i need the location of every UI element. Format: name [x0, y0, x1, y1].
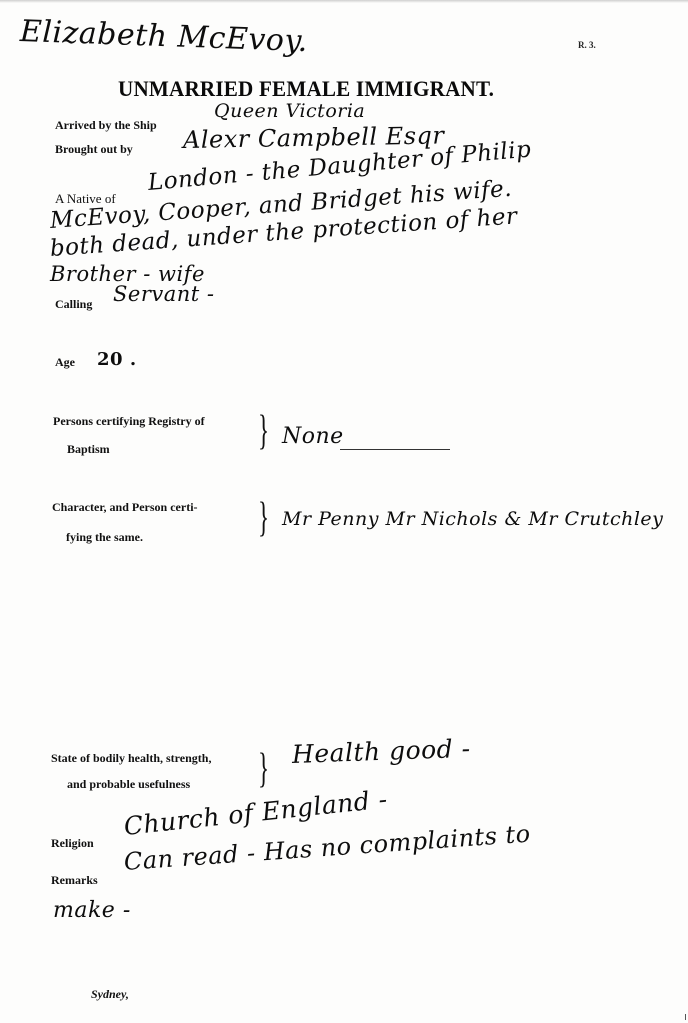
health-value: Health good -	[291, 734, 471, 769]
form-title: UNMARRIED FEMALE IMMIGRANT.	[118, 76, 494, 102]
remarks-line-2: make -	[53, 898, 131, 923]
brace-icon: }	[258, 497, 269, 539]
scan-edge	[0, 0, 688, 3]
form-number: R. 3.	[578, 40, 596, 50]
baptism-dash	[340, 449, 450, 450]
brace-icon: }	[258, 748, 269, 790]
ship-label: Arrived by the Ship	[55, 118, 157, 133]
health-label-line-1: State of bodily health, strength,	[51, 751, 211, 766]
religion-label: Religion	[51, 836, 94, 851]
remarks-label: Remarks	[51, 873, 98, 888]
age-value: 20 .	[97, 349, 137, 370]
health-label-line-2: and probable usefulness	[67, 777, 190, 792]
character-label-line-1: Character, and Person certi-	[52, 500, 198, 515]
brought-out-by-label: Brought out by	[55, 142, 133, 157]
baptism-value: None	[282, 424, 344, 449]
scan-corner-mark	[685, 1014, 686, 1020]
calling-value: Servant -	[113, 282, 214, 306]
footer-place: Sydney,	[91, 987, 129, 1002]
baptism-label-line-2: Baptism	[67, 442, 110, 457]
age-label: Age	[55, 355, 75, 370]
brace-icon: }	[258, 410, 269, 452]
calling-label: Calling	[55, 297, 92, 312]
immigrant-name: Elizabeth McEvoy.	[19, 14, 308, 59]
ship-value: Queen Victoria	[214, 100, 365, 122]
form-page: Elizabeth McEvoy. R. 3. UNMARRIED FEMALE…	[0, 0, 688, 1023]
character-label-line-2: fying the same.	[66, 530, 143, 545]
character-value: Mr Penny Mr Nichols & Mr Crutchley	[282, 508, 663, 530]
baptism-label-line-1: Persons certifying Registry of	[53, 414, 205, 429]
